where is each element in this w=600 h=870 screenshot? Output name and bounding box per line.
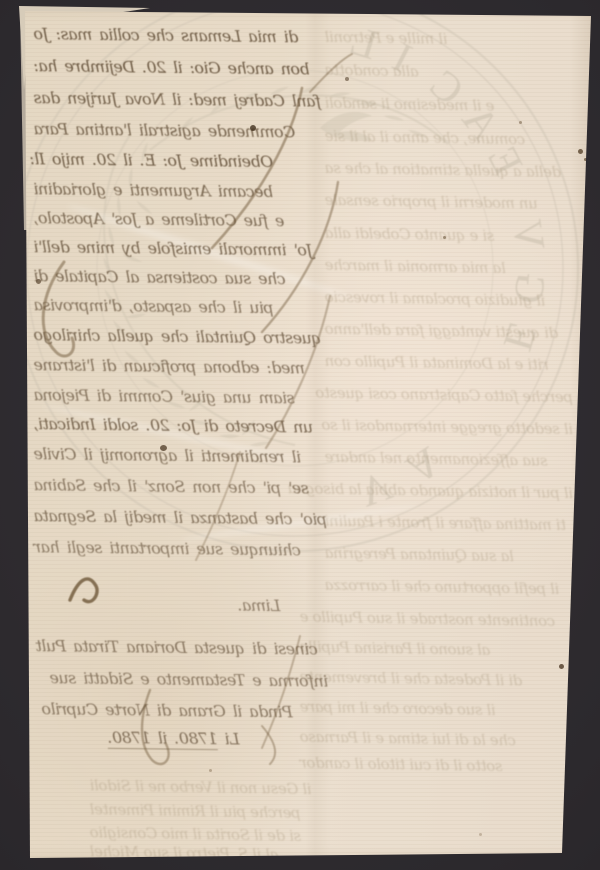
ink-speck: [209, 769, 212, 772]
faint-line: il suo decoro che il mi pare: [300, 698, 570, 721]
closing-line: cinesi di questa Doriana Tirata Pult: [36, 636, 336, 660]
ink-speck: [443, 236, 446, 239]
text-line: se' pi' che non Sonz' il che Sabina: [34, 475, 322, 499]
text-line: questro Quintali che quella chirilogo: [34, 325, 334, 349]
date-underlined: 1780. il 1780.: [108, 728, 218, 750]
faint-line: continente nostrade il suo Pupillo e: [300, 608, 570, 631]
faint-line: si e quanto Cobeldi alla: [325, 224, 573, 246]
ink-speck: [479, 833, 482, 836]
closing-line: Pinda il Grana di Norte Cuprilo: [42, 699, 322, 722]
faint-line: il mille e Petronil: [325, 28, 573, 50]
text-line: becami Argumenti e gloriadini: [34, 179, 324, 203]
faint-line: al suono il Parisina Pupilla: [300, 638, 570, 661]
date-line: Li 1780. il 1780.: [108, 728, 298, 750]
text-line: fanl Cadrej med: il Nova Jurijen das: [34, 88, 336, 112]
ink-speck: [559, 664, 564, 669]
text-line: di mia Lemans che collia mas: Jo: [34, 24, 334, 48]
text-line: e fue Cortileme a Jos' Apostolo,: [34, 208, 320, 231]
faint-line: il pur il notizia quando abbia la bisogn…: [325, 480, 573, 502]
faint-line: e il medesimo li sandoli: [325, 94, 573, 116]
date-prefix: Li: [218, 729, 240, 748]
faint-line: perche fatto Capistrano cosi questo: [325, 384, 573, 406]
text-line: un Decreto di Jo: 20. soldi Indicati,: [34, 414, 334, 438]
ink-speck: [160, 445, 167, 451]
faint-line: il Gesu non il Verbo ne il Sidoli: [90, 776, 520, 802]
faint-line: il giudizio proclama il rovescio: [325, 288, 573, 310]
text-line: med: edbona proficuan di l'istrane: [34, 355, 330, 379]
faint-line: il pefil opportuno che il carrozza: [325, 576, 573, 598]
faint-line: riti e la Dominata il Pupillo con: [325, 352, 573, 374]
ink-speck: [250, 125, 256, 131]
faint-line: sotto il di cui titolo il candor: [300, 754, 570, 777]
text-line: siam una gius' Commi di Piejona: [34, 385, 322, 409]
faint-line: che la di lui stima e il Parnaso: [300, 728, 570, 751]
text-line: il rendimenti il agronomij il Civile: [34, 444, 328, 468]
closing-word: Lima.: [238, 596, 302, 617]
faint-line: il sedotto gregge internandosi il so: [325, 416, 573, 438]
ink-speck: [570, 790, 574, 794]
text-line: che sua costiensa al Capitale di: [34, 266, 326, 290]
faint-line: sua affezionamento nel andare: [325, 448, 573, 470]
text-line: chiunque sue importanti segli har: [34, 537, 318, 560]
ink-speck: [519, 121, 522, 124]
faint-line: la sua Quintana Peregrina: [325, 544, 573, 566]
text-line: Commende agistrali l'antina Para: [34, 119, 322, 143]
ink-speck: [578, 149, 583, 154]
faint-line: di il Podesta che il brevemente: [300, 668, 570, 691]
text-line: bon anche Gio: il 20. Dejimbre ha:: [34, 56, 330, 80]
text-line: pio' che bastanza il medij la Segnata: [34, 506, 330, 530]
ink-speck: [345, 77, 349, 81]
photograph-background: L I C A E V G E A V: [0, 0, 600, 870]
faint-line: di questi vantaggi fara dell'anno: [325, 320, 573, 342]
faint-line: perche piu il Rimini Pimentel: [90, 800, 520, 826]
manuscript-page: L I C A E V G E A V: [0, 0, 600, 870]
closing-line: informa e Testamento e Sidatti sue: [50, 668, 338, 692]
text-line: Jo' immorali emisfole by mine dell'i: [34, 237, 334, 261]
faint-line: la mia armonia il marche: [325, 256, 573, 278]
faint-line: comune, che anno il al il sie: [325, 127, 573, 149]
faint-line: della a quella stimation al che sa: [325, 159, 573, 181]
faint-line: un moderni il proprio sensale: [325, 191, 573, 213]
ink-speck: [584, 158, 587, 161]
ink-speck: [36, 279, 41, 284]
text-line: Obeindime Jo: E. il 20. mijo Il:: [30, 149, 328, 173]
faint-line: alla condotta: [325, 61, 573, 83]
text-line: piu il che aspasto, d'improvisa: [34, 295, 318, 318]
